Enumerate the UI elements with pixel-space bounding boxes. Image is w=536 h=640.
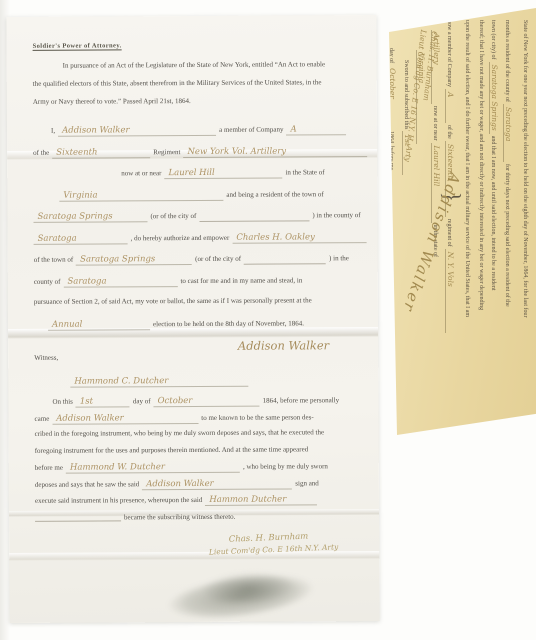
document-line: town (or city) ofSaratoga Springsand tha… xyxy=(485,20,500,438)
document-line: I,Addison Walkera member of CompanyA xyxy=(33,124,361,147)
document-line: Virginiaand being a resident of the town… xyxy=(33,189,361,212)
form-body: In pursuance of an Act of the Legislatur… xyxy=(33,60,364,555)
printed-text: now a member of Company xyxy=(447,20,453,87)
document-line: upon the result of said election, and I … xyxy=(456,20,471,438)
rotated-content: State of New York for one year next prec… xyxy=(386,6,536,438)
document-voter-oath-affidavit: State of New York for one year next prec… xyxy=(386,6,536,438)
document-line: In pursuance of an Act of the Legislatur… xyxy=(33,60,361,80)
handwritten-entry: Saratoga xyxy=(63,276,177,288)
printed-text: of the xyxy=(33,148,49,156)
blank-underline xyxy=(244,255,326,264)
handwritten-entry: Hammond W. Dutcher xyxy=(66,462,240,474)
printed-text: to me known to be the same person des- xyxy=(201,413,313,422)
document-line: deposes and says that he saw the saidAdd… xyxy=(35,478,363,496)
document-heading: Soldier's Power of Attorney. xyxy=(33,41,361,50)
printed-text: upon the result of said election, and I … xyxy=(464,20,470,317)
handwritten-entry: Addison Walker xyxy=(234,338,333,353)
photo-background: Soldier's Power of Attorney. In pursuanc… xyxy=(0,0,536,640)
handwritten-entry: Laurel Hill xyxy=(164,168,282,180)
handwritten-entry: New York Vol. Artillery xyxy=(183,146,367,158)
document-content: Soldier's Power of Attorney. In pursuanc… xyxy=(6,15,379,623)
printed-text: election to be held on the 8th day of No… xyxy=(153,319,304,328)
printed-text: county of xyxy=(34,277,61,285)
printed-text: before me xyxy=(35,464,63,472)
printed-text: of the xyxy=(447,125,453,139)
printed-text: came xyxy=(34,414,49,422)
document-line: execute said instrument in his presence,… xyxy=(35,494,363,512)
printed-text: deposes and says that he saw the said xyxy=(35,480,139,489)
document-line: before meHammond W. Dutcher, who being b… xyxy=(35,461,363,479)
document-line: day ofOctober1864, before me, xyxy=(383,20,398,438)
handwritten-entry: A xyxy=(286,124,346,135)
document-line: Hammond C. Dutcher xyxy=(34,369,362,387)
printed-text: sign and xyxy=(295,479,319,487)
ink-smudge-core xyxy=(200,569,297,608)
handwritten-entry: Charles H. Oakley xyxy=(232,232,366,244)
printed-text: , who being by me duly sworn xyxy=(243,462,328,470)
document-line: State of New York for one year next prec… xyxy=(514,20,529,438)
document-line: months a resident of the county ofSarato… xyxy=(499,20,514,438)
printed-text: and being a resident of the town of xyxy=(226,190,323,199)
printed-text: In pursuance of an Act of the Legislatur… xyxy=(63,60,325,69)
printed-text: 1864, before me personally xyxy=(263,396,340,404)
printed-text: execute said instrument in his presence,… xyxy=(35,496,202,505)
document-line: county ofSaratogato cast for me and in m… xyxy=(34,275,362,298)
document-line: Witness, xyxy=(34,352,362,367)
document-line: Sworn to and subscribed this1st xyxy=(398,20,413,438)
printed-text: of the town of xyxy=(34,256,74,264)
printed-text: town (or city) of xyxy=(490,20,496,60)
printed-text: State of New York for one year next prec… xyxy=(522,20,528,318)
printed-text: the qualified electors of this State, ab… xyxy=(33,78,322,88)
printed-text: Witness, xyxy=(34,354,58,362)
handwritten-entry: Addison Walker xyxy=(58,125,216,137)
handwritten-entry: Annual xyxy=(48,319,150,331)
printed-text: for thirty days next preceding said elec… xyxy=(505,164,511,307)
printed-text: a member of Company xyxy=(219,126,283,134)
printed-text: (or of the city of xyxy=(150,212,196,220)
printed-text: now at or near xyxy=(432,106,438,141)
blank-underline xyxy=(35,512,121,521)
oath-body: State of New York for one year next prec… xyxy=(383,20,528,438)
handwritten-entry: Saratoga Springs xyxy=(76,254,192,266)
printed-text: day of xyxy=(133,397,151,405)
handwritten-entry: Saratoga xyxy=(34,233,128,244)
printed-text: now at or near xyxy=(121,169,161,177)
printed-text: I, xyxy=(51,127,55,135)
handwritten-entry: Hammon Dutcher xyxy=(205,494,317,506)
document-line: On this1stday ofOctober1864, before me p… xyxy=(34,395,362,413)
printed-text: Regiment xyxy=(153,148,180,156)
handwritten-entry: Virginia xyxy=(59,189,223,201)
document-line: cribed in the foregoing instrument, who … xyxy=(35,428,363,446)
handwritten-entry: Addison Walker xyxy=(52,412,198,424)
blank-underline xyxy=(199,212,309,222)
printed-text: (or of the city of xyxy=(195,255,241,263)
document-line: pursuance of Section 2, of said Act, my … xyxy=(34,296,362,319)
printed-text: , do hereby authorize and empower xyxy=(131,233,230,242)
handwritten-entry: N. Y. Vols xyxy=(446,249,456,333)
document-line: thereof; that I have not made any bet or… xyxy=(470,20,485,438)
printed-text: became the subscribing witness thereto. xyxy=(124,512,235,521)
printed-text: ) in the county of xyxy=(312,211,360,219)
document-line: cameAddison Walkerto me known to be the … xyxy=(34,412,362,430)
document-line: Army or Navy thereof to vote.” Passed Ap… xyxy=(33,96,361,116)
handwritten-entry: A xyxy=(446,89,456,123)
handwritten-entry: Saratoga Springs xyxy=(33,211,147,223)
printed-text: Army or Navy thereof to vote.” Passed Ap… xyxy=(33,97,191,106)
printed-text: day of xyxy=(389,48,395,63)
printed-text: and that I am now, and until said electi… xyxy=(490,136,496,291)
handwritten-entry: October xyxy=(388,65,398,129)
document-line: of the town ofSaratoga Springs(or of the… xyxy=(34,253,362,276)
printed-text: thereof; that I have not made any bet or… xyxy=(479,20,485,310)
document-soldiers-power-of-attorney: Soldier's Power of Attorney. In pursuanc… xyxy=(6,15,379,623)
printed-text: On this xyxy=(52,398,72,406)
handwritten-entry: Lieut Com'dg Co. E 16th N.Y. Arty xyxy=(205,542,343,557)
printed-text: to cast for me and in my name and stead,… xyxy=(180,276,302,285)
handwritten-entry: Saratoga Springs xyxy=(489,62,499,134)
printed-text: in the State of xyxy=(285,168,324,176)
document-line: Saratoga, do hereby authorize and empowe… xyxy=(34,232,362,255)
printed-text: cribed in the foregoing instrument, who … xyxy=(35,428,325,438)
document-line: the qualified electors of this State, ab… xyxy=(33,78,361,98)
printed-text: months a resident of the county of xyxy=(505,20,511,102)
handwritten-entry: Hammond C. Dutcher xyxy=(70,376,248,388)
document-line: now at or nearLaurel Hillin the State of xyxy=(33,167,361,190)
printed-text: pursuance of Section 2, of said Act, my … xyxy=(34,296,312,305)
handwritten-entry: Saratoga xyxy=(504,104,514,162)
document-line: Saratoga Springs(or of the city of) in t… xyxy=(33,210,361,233)
printed-text: 1864, before me, xyxy=(389,131,395,172)
handwritten-entry: Sixteenth xyxy=(52,147,150,159)
handwritten-entry: October xyxy=(154,396,260,408)
document-line: of theSixteenthRegimentNew York Vol. Art… xyxy=(33,146,361,169)
handwritten-entry: 1st xyxy=(76,396,130,407)
document-line: foregoing instrument for the uses and pu… xyxy=(35,445,363,463)
document-line: Addison Walker xyxy=(34,336,362,354)
printed-text: foregoing instrument for the uses and pu… xyxy=(35,445,309,454)
handwritten-entry: Addison Walker xyxy=(142,478,292,490)
printed-text: ) in the xyxy=(329,254,349,262)
